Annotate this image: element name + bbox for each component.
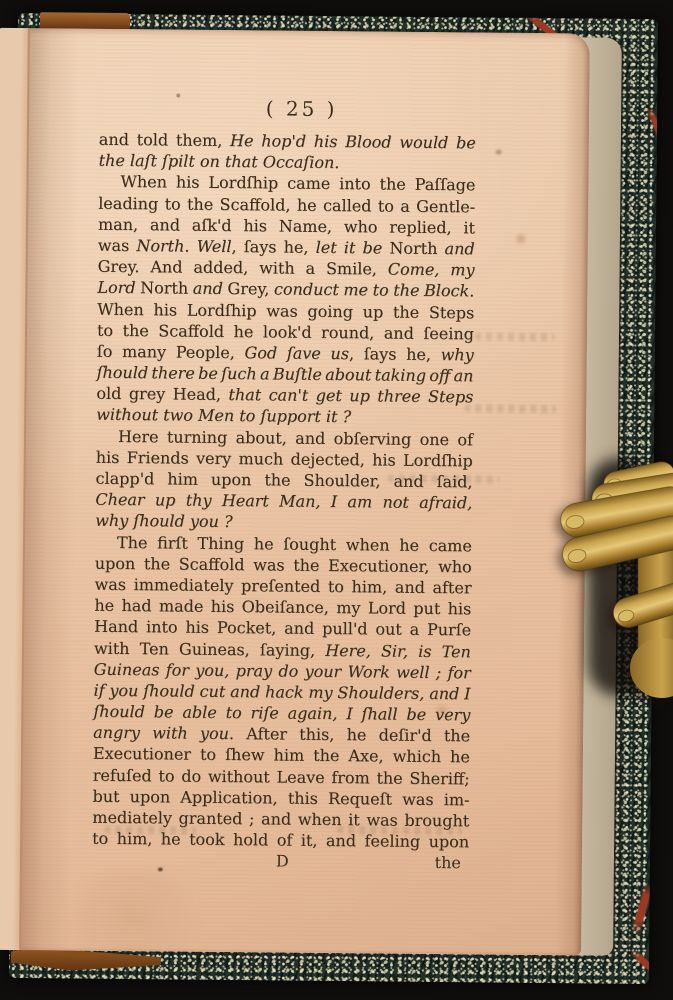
stain — [514, 233, 528, 245]
stain — [496, 150, 502, 155]
ink-bleed-through — [475, 332, 555, 341]
hand-palm — [630, 638, 673, 698]
page-number: ( 25 ) — [99, 95, 490, 123]
text-line: why ſhould you ? — [95, 510, 472, 535]
ink-bleed-through — [464, 404, 556, 413]
book-page: ( 25 ) andtoldthem,Hehop'dhisBloodwouldb… — [0, 28, 590, 956]
text-line: WhenhisLordſhipwasgoinguptheSteps — [97, 298, 474, 323]
signature-mark: D — [276, 851, 289, 872]
page-gutter-shadow — [19, 28, 80, 950]
text-line: clapp'dhimupontheShoulder,andſaid, — [96, 468, 473, 493]
brass-hand — [546, 450, 673, 702]
catchline: Dthe — [92, 849, 469, 874]
catchword: the — [435, 852, 461, 873]
page-text: andtoldthem,Hehop'dhisBloodwouldbethe la… — [92, 129, 476, 874]
text-line: ifyouſhouldcutandhackmyShoulders,andI — [93, 680, 470, 705]
photo-scene: ( 25 ) andtoldthem,Hehop'dhisBloodwouldb… — [0, 0, 673, 1000]
